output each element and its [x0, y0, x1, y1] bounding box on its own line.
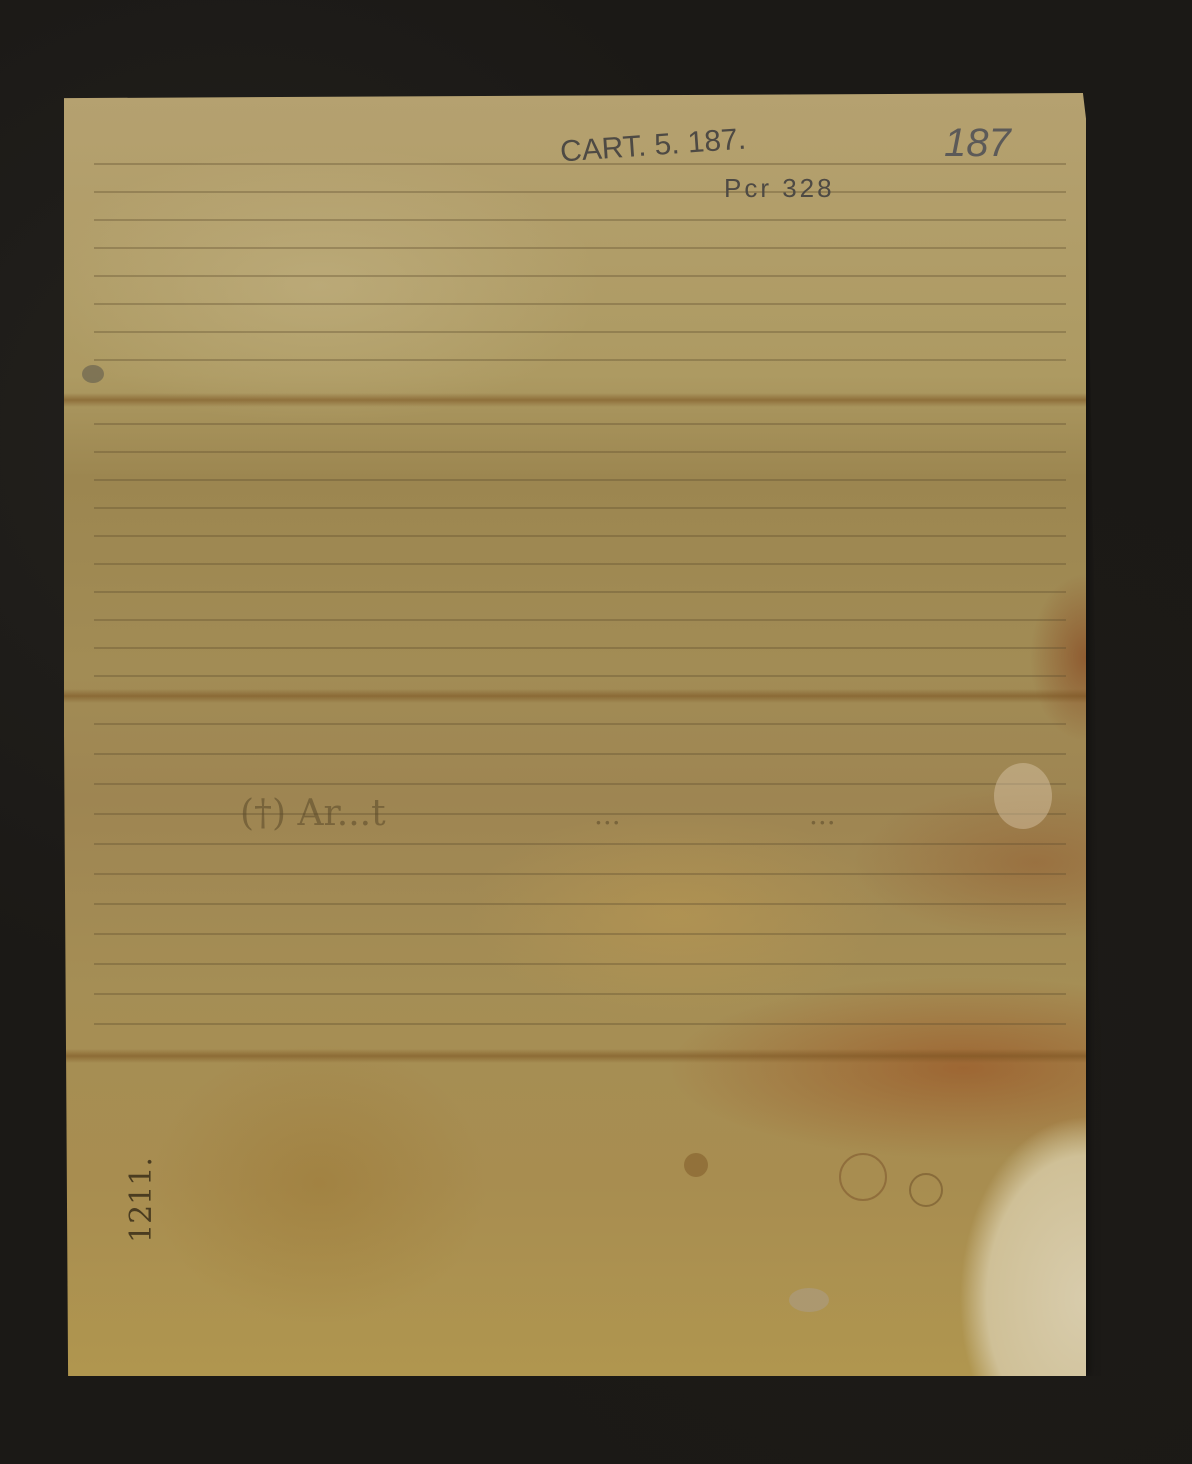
folio-number: 187	[944, 121, 1011, 166]
fold-line	[64, 1049, 1086, 1063]
stain-spot	[684, 1153, 708, 1177]
signum-right: ...	[809, 798, 836, 831]
signum-left: (†) Ar...t	[240, 793, 386, 834]
catalog-reference: Pcr 328	[724, 173, 835, 204]
parchment-sheet: CART. 5. 187. Pcr 328 187 1211. (†) Ar..…	[64, 93, 1086, 1376]
stain-spot	[789, 1288, 829, 1312]
stain-ring	[909, 1173, 943, 1207]
stain-spot	[82, 365, 104, 383]
stain-spot	[994, 763, 1052, 829]
fold-line	[64, 393, 1086, 407]
signum-middle: ...	[594, 798, 621, 831]
stain-ring	[839, 1153, 887, 1201]
date-annotation: 1211.	[124, 1157, 159, 1243]
fold-line	[64, 689, 1086, 703]
